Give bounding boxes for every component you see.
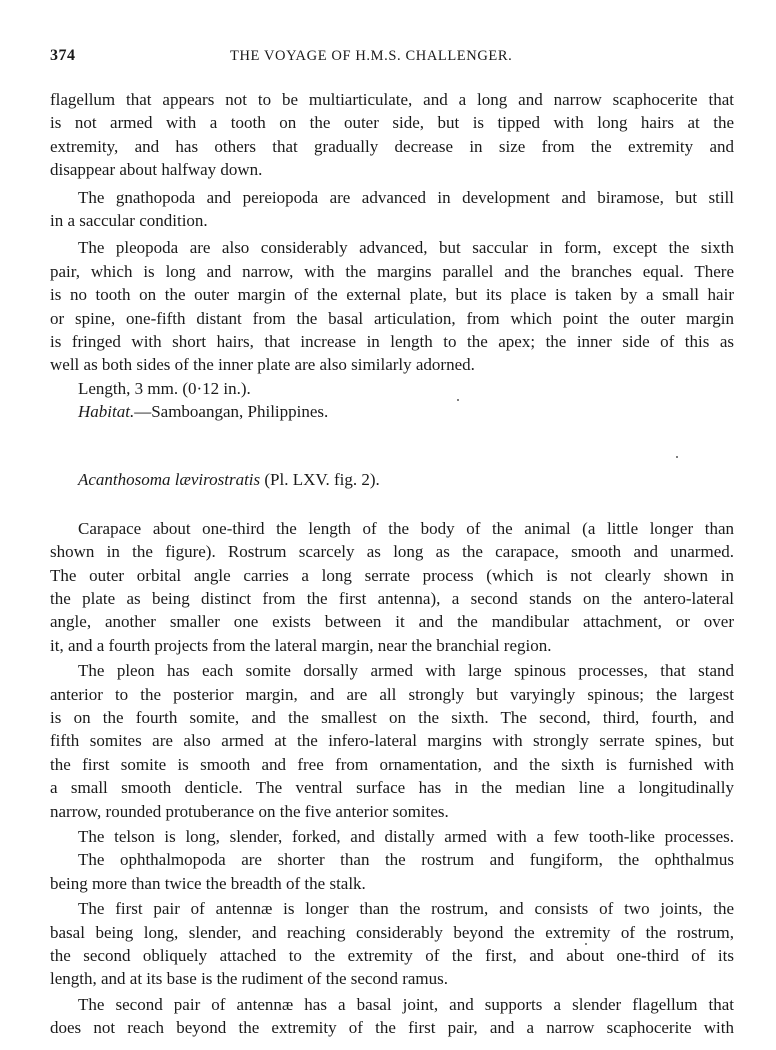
- paragraph-ophthalmopoda: The ophthalmopoda are shorter than the r…: [50, 848, 734, 895]
- text-line: The pleon has each somite dorsally armed…: [50, 659, 734, 682]
- habitat-label: Habitat.: [78, 402, 134, 421]
- text-line: Carapace about one-third the length of t…: [50, 517, 734, 540]
- paragraph-gnathopoda: The gnathopoda and pereiopoda are advanc…: [50, 186, 734, 233]
- text-line: is no tooth on the outer margin of the e…: [50, 283, 734, 306]
- text-line: pair, which is long and narrow, with the…: [50, 260, 734, 283]
- paragraph-habitat: Habitat.—Samboangan, Philippines.: [50, 400, 734, 423]
- text-line: is not armed with a tooth on the outer s…: [50, 111, 734, 134]
- text-line: narrow, rounded protuberance on the five…: [50, 800, 734, 823]
- paragraph-first-antennae: The first pair of antennæ is longer than…: [50, 897, 734, 991]
- text-line: The gnathopoda and pereiopoda are advanc…: [50, 186, 734, 209]
- text-line: being more than twice the breadth of the…: [50, 872, 734, 895]
- scan-speck: [457, 399, 459, 401]
- text-line: or spine, one-fifth distant from the bas…: [50, 307, 734, 330]
- paragraph-telson: The telson is long, slender, forked, and…: [50, 825, 734, 848]
- text-line: The second pair of antennæ has a basal j…: [50, 993, 734, 1016]
- text-line: extremity, and has others that gradually…: [50, 135, 734, 158]
- text-line: does not reach beyond the extremity of t…: [50, 1016, 734, 1039]
- page-number: 374: [50, 47, 76, 65]
- text-line: flagellum that appears not to be multiar…: [50, 88, 734, 111]
- text-line: in a saccular condition.: [50, 209, 734, 232]
- species-heading: Acanthosoma lævirostratis (Pl. LXV. fig.…: [50, 468, 734, 491]
- text-line: the plate as being distinct from the fir…: [50, 587, 734, 610]
- page-header: 374 THE VOYAGE OF H.M.S. CHALLENGER.: [50, 47, 734, 69]
- text-line: is fringed with short hairs, that increa…: [50, 330, 734, 353]
- text-line: The outer orbital angle carries a long s…: [50, 564, 734, 587]
- text-line: fifth somites are also armed at the infe…: [50, 729, 734, 752]
- text-line: The first pair of antennæ is longer than…: [50, 897, 734, 920]
- scan-speck: [676, 456, 678, 458]
- scan-speck: [585, 943, 587, 945]
- text-line: angle, another smaller one exists betwee…: [50, 610, 734, 633]
- text-line: a small smooth denticle. The ventral sur…: [50, 776, 734, 799]
- running-title: THE VOYAGE OF H.M.S. CHALLENGER.: [230, 48, 512, 65]
- text-line: the first somite is smooth and free from…: [50, 753, 734, 776]
- body-text: flagellum that appears not to be multiar…: [50, 88, 734, 1039]
- text-line: anterior to the posterior margin, and ar…: [50, 683, 734, 706]
- habitat-value: —Samboangan, Philippines.: [134, 402, 328, 421]
- text-line: The ophthalmopoda are shorter than the r…: [50, 848, 734, 871]
- plate-reference: (Pl. LXV. fig. 2).: [260, 470, 380, 489]
- text-line: it, and a fourth projects from the later…: [50, 634, 734, 657]
- paragraph-scaphocerite: flagellum that appears not to be multiar…: [50, 88, 734, 182]
- text-line: basal being long, slender, and reaching …: [50, 921, 734, 944]
- text-line: the second obliquely attached to the ext…: [50, 944, 734, 967]
- paragraph-pleopoda: The pleopoda are also considerably advan…: [50, 236, 734, 376]
- habitat-line: Habitat.—Samboangan, Philippines.: [50, 400, 734, 423]
- text-line: is on the fourth somite, and the smalles…: [50, 706, 734, 729]
- text-line: well as both sides of the inner plate ar…: [50, 353, 734, 376]
- paragraph-second-antennae: The second pair of antennæ has a basal j…: [50, 993, 734, 1040]
- text-line: The pleopoda are also considerably advan…: [50, 236, 734, 259]
- text-line: length, and at its base is the rudiment …: [50, 967, 734, 990]
- text-line: shown in the figure). Rostrum scarcely a…: [50, 540, 734, 563]
- length-measurement: Length, 3 mm. (0·12 in.).: [50, 377, 734, 400]
- paragraph-length: Length, 3 mm. (0·12 in.).: [50, 377, 734, 400]
- text-line: disappear about halfway down.: [50, 158, 734, 181]
- species-name: Acanthosoma lævirostratis: [78, 470, 260, 489]
- paragraph-pleon: The pleon has each somite dorsally armed…: [50, 659, 734, 823]
- text-line: The telson is long, slender, forked, and…: [50, 825, 734, 848]
- paragraph-carapace: Carapace about one-third the length of t…: [50, 517, 734, 657]
